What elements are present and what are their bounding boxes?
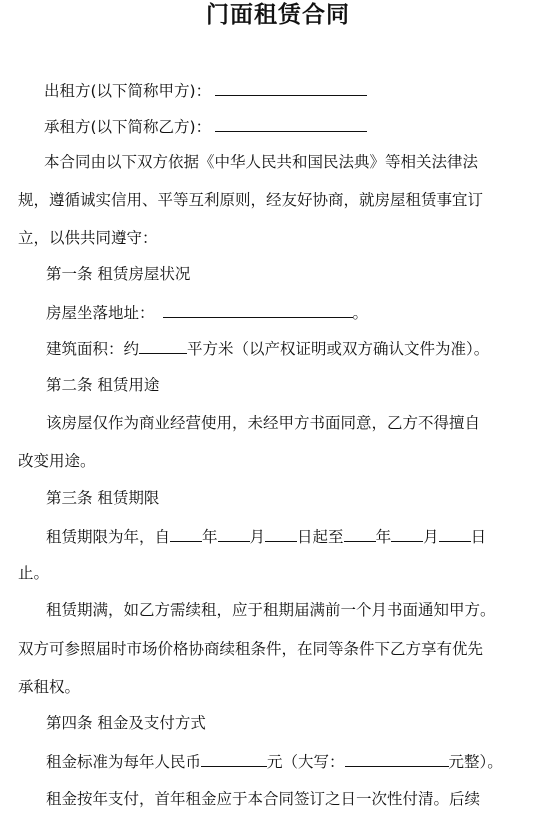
party-a-label: 出租方(以下简称甲方)： <box>44 82 211 100</box>
term-prefix: 租赁期限为年，自 <box>46 528 170 546</box>
address-blank[interactable] <box>163 302 353 318</box>
renewal-line-3: 承租权。 <box>18 677 80 697</box>
payment-line: 租金按年支付，首年租金应于本合同签订之日一次性付清。后续 <box>46 789 480 809</box>
end-month-label: 月 <box>423 528 439 546</box>
party-a-line: 出租方(以下简称甲方)： <box>44 80 367 101</box>
area-blank[interactable] <box>139 338 187 354</box>
start-day-label: 日起至 <box>297 528 344 546</box>
usage-line-2: 改变用途。 <box>18 451 96 471</box>
address-line: 房屋坐落地址：。 <box>46 302 368 323</box>
usage-line-1: 该房屋仅作为商业经营使用，未经甲方书面同意，乙方不得擅自 <box>46 413 480 433</box>
article-1-heading: 第一条 租赁房屋状况 <box>46 264 190 284</box>
party-b-blank[interactable] <box>215 116 367 132</box>
party-a-blank[interactable] <box>215 80 367 96</box>
rent-amount-blank[interactable] <box>201 751 267 767</box>
rent-suffix: 元整）。 <box>449 753 503 771</box>
start-year-label: 年 <box>202 528 218 546</box>
party-b-line: 承租方(以下简称乙方)： <box>44 116 367 137</box>
start-month-blank[interactable] <box>218 526 250 542</box>
end-year-blank[interactable] <box>344 526 376 542</box>
preamble-line-1: 本合同由以下双方依据《中华人民共和国民法典》等相关法律法 <box>44 152 478 172</box>
end-day-blank[interactable] <box>439 526 471 542</box>
rent-mid: 元（大写： <box>267 753 345 771</box>
rent-uppercase-blank[interactable] <box>345 751 449 767</box>
end-year-label: 年 <box>376 528 392 546</box>
renewal-line-1: 租赁期满，如乙方需续租，应于租期届满前一个月书面通知甲方。 <box>46 600 496 620</box>
preamble-line-3: 立，以供共同遵守： <box>18 228 158 248</box>
area-label: 建筑面积：约 <box>46 340 139 358</box>
renewal-line-2: 双方可参照届时市场价格协商续租条件，在同等条件下乙方享有优先 <box>18 639 483 659</box>
article-3-heading: 第三条 租赁期限 <box>46 488 159 508</box>
start-month-label: 月 <box>250 528 266 546</box>
rent-line: 租金标准为每年人民币元（大写：元整）。 <box>46 751 503 772</box>
document-title: 门面租赁合同 <box>0 0 556 30</box>
end-month-blank[interactable] <box>391 526 423 542</box>
end-day-label: 日 <box>471 528 487 546</box>
preamble-line-2: 规，遵循诚实信用、平等互利原则，经友好协商，就房屋租赁事宜订 <box>18 190 483 210</box>
term-end: 止。 <box>18 563 49 583</box>
article-2-heading: 第二条 租赁用途 <box>46 375 159 395</box>
rent-prefix: 租金标准为每年人民币 <box>46 753 201 771</box>
area-line: 建筑面积：约平方米（以产权证明或双方确认文件为准）。 <box>46 338 489 359</box>
article-4-heading: 第四条 租金及支付方式 <box>46 713 206 733</box>
party-b-label: 承租方(以下简称乙方)： <box>44 118 211 136</box>
start-day-blank[interactable] <box>265 526 297 542</box>
term-line: 租赁期限为年，自年月日起至年月日 <box>46 526 486 547</box>
area-suffix: 平方米（以产权证明或双方确认文件为准）。 <box>187 340 489 358</box>
start-year-blank[interactable] <box>170 526 202 542</box>
address-end: 。 <box>353 304 369 322</box>
address-label: 房屋坐落地址： <box>46 304 155 322</box>
